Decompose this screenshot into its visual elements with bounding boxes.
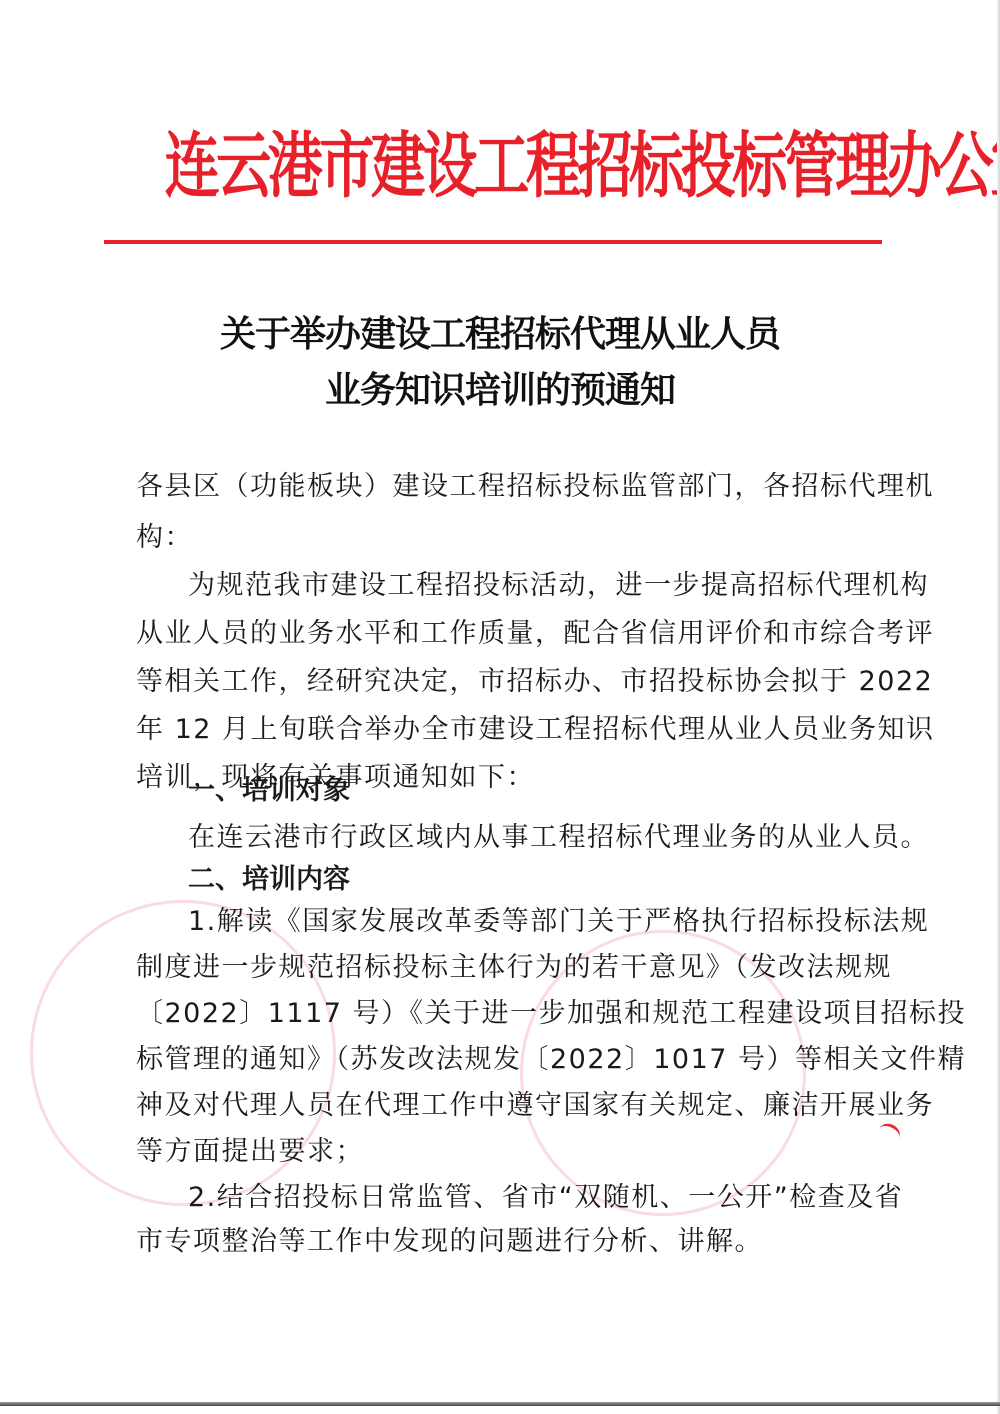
salutation-line-2: 构： — [136, 518, 193, 558]
paragraph-line: 标管理的通知》（苏发改法规发〔2022〕1017 号）等相关文件精 — [136, 1040, 966, 1080]
scan-bottom-edge — [0, 1402, 1000, 1406]
paragraph-line: 从业人员的业务水平和工作质量，配合省信用评价和市综合考评 — [136, 614, 934, 654]
list-item-1: 1.解读《国家发展改革委等部门关于严格执行招标投标法规 — [188, 902, 929, 942]
section-heading-training-target: 一、培训对象 — [188, 771, 350, 811]
section-heading-training-content: 二、培训内容 — [188, 860, 350, 900]
paragraph-line: 年 12 月上旬联合举办全市建设工程招标代理从业人员业务知识 — [136, 710, 935, 750]
paragraph-line: 在连云港市行政区域内从事工程招标代理业务的从业人员。 — [188, 818, 929, 858]
paragraph-line: 为规范我市建设工程招投标活动，进一步提高招标代理机构 — [188, 566, 929, 606]
paragraph-line: 制度进一步规范招标投标主体行为的若干意见》（发改法规规 — [136, 948, 892, 988]
paragraph-line: 市专项整治等工作中发现的问题进行分析、讲解。 — [136, 1222, 763, 1262]
paragraph-line: 等相关工作，经研究决定，市招标办、市招投标协会拟于 2022 — [136, 662, 933, 702]
salutation-line-1: 各县区（功能板块）建设工程招标投标监管部门，各招标代理机 — [136, 467, 934, 507]
document-title-line-1: 关于举办建设工程招标代理从业人员 — [100, 308, 900, 360]
paragraph-line: 〔2022〕1117 号）《关于进一步加强和规范工程建设项目招标投 — [136, 994, 966, 1034]
paragraph-line: 神及对代理人员在代理工作中遵守国家有关规定、廉洁开展业务 — [136, 1086, 934, 1126]
document-page: 连云港市建设工程招标投标管理办公室 关于举办建设工程招标代理从业人员 业务知识培… — [0, 0, 1000, 1414]
paragraph-line: 等方面提出要求； — [136, 1132, 364, 1172]
document-title-line-2: 业务知识培训的预通知 — [100, 364, 900, 416]
letterhead-org-name: 连云港市建设工程招标投标管理办公室 — [165, 122, 836, 212]
list-item-2: 2.结合招投标日常监管、省市“双随机、一公开”检查及省 — [188, 1178, 903, 1218]
letterhead-red-rule — [104, 240, 882, 244]
